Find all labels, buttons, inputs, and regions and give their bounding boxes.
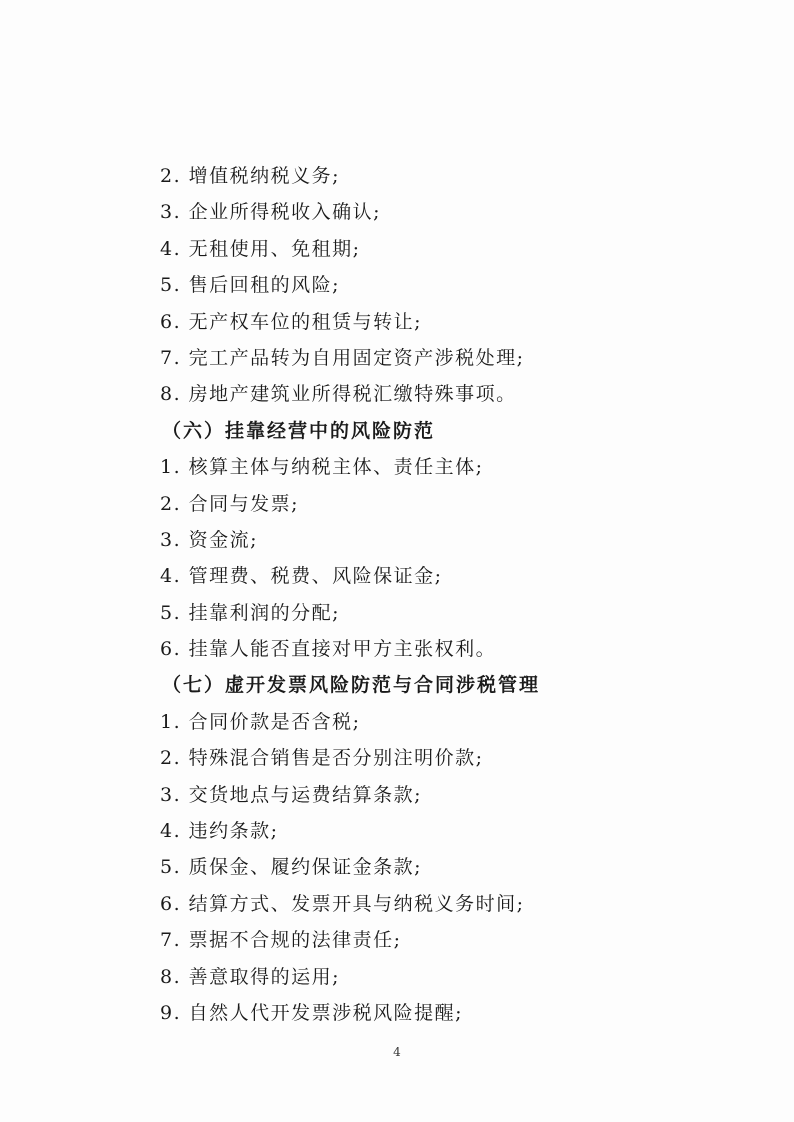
list-item: 2. 增值税纳税义务; [160, 158, 640, 194]
list-item: 9. 自然人代开发票涉税风险提醒; [160, 995, 640, 1031]
list-item: 8. 房地产建筑业所得税汇缴特殊事项。 [160, 376, 640, 412]
document-page: 2. 增值税纳税义务; 3. 企业所得税收入确认; 4. 无租使用、免租期; 5… [0, 0, 794, 1122]
list-item: 6. 无产权车位的租赁与转让; [160, 304, 640, 340]
list-item: 7. 完工产品转为自用固定资产涉税处理; [160, 340, 640, 376]
list-item: 7. 票据不合规的法律责任; [160, 922, 640, 958]
list-item: 3. 资金流; [160, 522, 640, 558]
list-item: 3. 交货地点与运费结算条款; [160, 777, 640, 813]
list-item: 6. 挂靠人能否直接对甲方主张权利。 [160, 631, 640, 667]
list-item: 3. 企业所得税收入确认; [160, 194, 640, 230]
list-item: 2. 特殊混合销售是否分别注明价款; [160, 740, 640, 776]
page-number: 4 [0, 1045, 794, 1059]
content-lines: 2. 增值税纳税义务; 3. 企业所得税收入确认; 4. 无租使用、免租期; 5… [160, 158, 640, 1031]
list-item: 1. 合同价款是否含税; [160, 704, 640, 740]
list-item: 5. 挂靠利润的分配; [160, 595, 640, 631]
list-item: 4. 无租使用、免租期; [160, 231, 640, 267]
list-item: 5. 质保金、履约保证金条款; [160, 849, 640, 885]
list-item: 2. 合同与发票; [160, 486, 640, 522]
list-item: 5. 售后回租的风险; [160, 267, 640, 303]
list-item: 4. 管理费、税费、风险保证金; [160, 558, 640, 594]
list-item: 1. 核算主体与纳税主体、责任主体; [160, 449, 640, 485]
list-item: 8. 善意取得的运用; [160, 959, 640, 995]
list-item: 6. 结算方式、发票开具与纳税义务时间; [160, 886, 640, 922]
section-heading-7: （七）虚开发票风险防范与合同涉税管理 [162, 667, 640, 703]
section-heading-6: （六）挂靠经营中的风险防范 [162, 413, 640, 449]
list-item: 4. 违约条款; [160, 813, 640, 849]
